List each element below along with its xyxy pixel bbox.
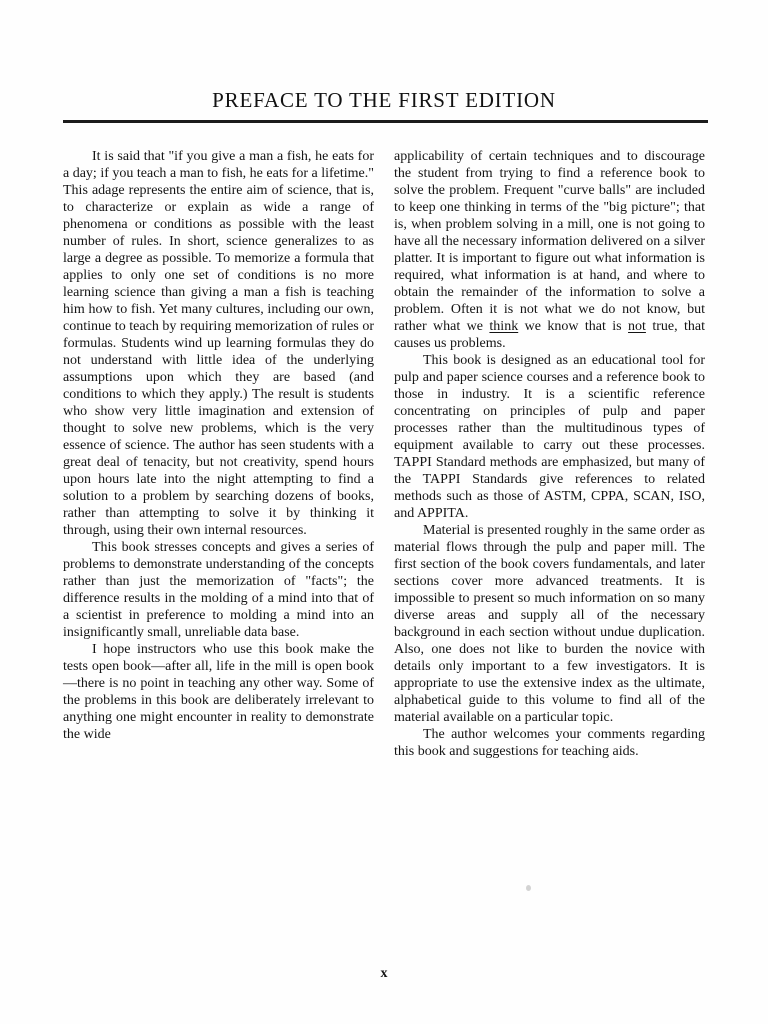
paragraph-left-1: It is said that "if you give a man a fis…	[63, 148, 374, 539]
right-column: applicability of certain techniques and …	[394, 148, 705, 760]
page-number: x	[0, 966, 768, 982]
paragraph-right-1: applicability of certain techniques and …	[394, 148, 705, 352]
document-page: PREFACE TO THE FIRST EDITION It is said …	[0, 0, 768, 1024]
title-rule	[63, 120, 708, 123]
page-title: PREFACE TO THE FIRST EDITION	[0, 88, 768, 112]
paragraph-right-2: This book is designed as an educational …	[394, 352, 705, 522]
paragraph-left-3: I hope instructors who use this book mak…	[63, 641, 374, 743]
left-column: It is said that "if you give a man a fis…	[63, 148, 374, 760]
paragraph-left-2: This book stresses concepts and gives a …	[63, 539, 374, 641]
two-column-body: It is said that "if you give a man a fis…	[63, 148, 768, 760]
page-header: PREFACE TO THE FIRST EDITION	[0, 0, 768, 123]
paragraph-right-4: The author welcomes your comments regard…	[394, 726, 705, 760]
scan-speck	[526, 885, 531, 891]
paragraph-right-3: Material is presented roughly in the sam…	[394, 522, 705, 726]
